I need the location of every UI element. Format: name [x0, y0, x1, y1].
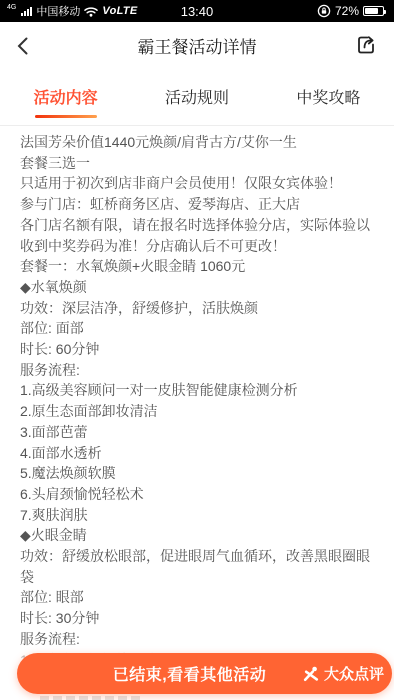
content-line: 只适用于初次到店非商户会员使用！仅限女宾体验！: [20, 173, 374, 194]
dianping-logo-icon: [302, 666, 320, 682]
activity-detail-text[interactable]: 法国芳朵价值1440元焕颜/肩背古方/艾你一生 套餐三选一 只适用于初次到店非商…: [0, 126, 394, 670]
content-line: 部位: 面部: [20, 318, 374, 339]
content-line: 套餐一：水氧焕颜+火眼金睛 1060元: [20, 256, 374, 277]
network-type-label: 4G: [7, 4, 16, 11]
content-line: 服务流程:: [20, 629, 374, 650]
battery-icon: [363, 6, 384, 16]
tab-activity-content[interactable]: 活动内容: [0, 68, 131, 125]
tab-bar: 活动内容 活动规则 中奖攻略: [0, 68, 394, 126]
content-line: 参与门店：虹桥商务区店、爱琴海店、正大店: [20, 194, 374, 215]
rotation-lock-icon: [317, 4, 331, 18]
content-line: 功效：舒缓放松眼部，促进眼周气血循环，改善黑眼圈眼袋: [20, 546, 374, 587]
content-line: 时长: 60分钟: [20, 339, 374, 360]
content-line: 法国芳朵价值1440元焕颜/肩背古方/艾你一生: [20, 132, 374, 153]
battery-percent-label: 72%: [335, 4, 359, 18]
content-line: 3.面部芭蕾: [20, 422, 374, 443]
back-chevron-icon: [14, 36, 32, 56]
share-icon: [353, 32, 379, 58]
content-line: 7.爽肤润肤: [20, 505, 374, 526]
tab-label: 活动规则: [165, 85, 229, 108]
signal-strength-icon: [21, 6, 32, 16]
ended-see-other-activities-button[interactable]: 已结束,看看其他活动 大众点评: [17, 653, 392, 694]
clipped-text-line: [40, 696, 144, 700]
wifi-icon: [84, 6, 98, 17]
content-line: 服务流程:: [20, 360, 374, 381]
tab-activity-rules[interactable]: 活动规则: [131, 68, 262, 125]
content-line: 4.面部水透析: [20, 443, 374, 464]
page-title: 霸王餐活动详情: [0, 33, 394, 58]
content-line: 各门店名额有限，请在报名时选择体验分店，实际体验以收到中奖券码为准！分店确认后不…: [20, 215, 374, 256]
content-line: 时长: 30分钟: [20, 608, 374, 629]
content-line: 1.高级美容顾问一对一皮肤智能健康检测分析: [20, 380, 374, 401]
volte-label: VoLTE: [102, 5, 137, 17]
content-line: 5.魔法焕颜软膜: [20, 463, 374, 484]
nav-header: 霸王餐活动详情: [0, 22, 394, 68]
brand-badge: 大众点评: [302, 653, 384, 694]
carrier-label: 中国移动: [36, 3, 80, 19]
app-screen: 4G 中国移动 VoLTE 13:40 72%: [0, 0, 394, 700]
back-button[interactable]: [10, 33, 36, 59]
content-line: 2.原生态面部卸妆清洁: [20, 401, 374, 422]
content-line: 6.头肩颈愉悦轻松术: [20, 484, 374, 505]
tab-winning-guide[interactable]: 中奖攻略: [263, 68, 394, 125]
active-tab-underline: [35, 115, 97, 119]
content-line: 套餐三选一: [20, 153, 374, 174]
content-line: ◆火眼金睛: [20, 525, 374, 546]
content-line: 部位: 眼部: [20, 587, 374, 608]
share-button[interactable]: [352, 31, 380, 59]
brand-name: 大众点评: [324, 663, 384, 684]
content-line: 功效：深层洁净，舒缓修护，活肤焕颜: [20, 298, 374, 319]
content-line: ◆水氧焕颜: [20, 277, 374, 298]
tab-label: 中奖攻略: [296, 85, 360, 108]
tab-label: 活动内容: [34, 85, 98, 108]
status-bar: 4G 中国移动 VoLTE 13:40 72%: [0, 0, 394, 22]
cta-label: 已结束,看看其他活动: [113, 662, 266, 685]
